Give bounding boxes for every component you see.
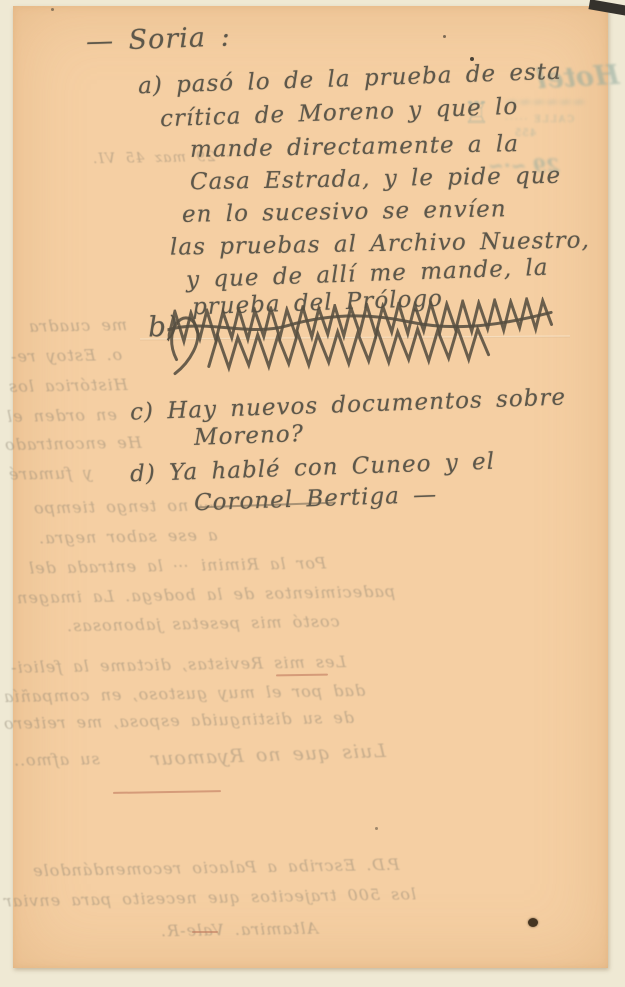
note-heading: — Soria :	[86, 21, 232, 57]
red-underline	[192, 931, 218, 933]
scribble-strikeout	[167, 296, 561, 386]
bleedthrough-line: y fumaré	[8, 463, 93, 483]
bleedthrough-line: a ese sabor negra.	[38, 525, 218, 547]
bleedthrough-line: ⋯ no tengo tiempo	[33, 495, 216, 517]
bleedthrough-line: en orden el	[6, 405, 117, 426]
ink-speck	[51, 8, 54, 11]
scanned-letter-page: { "colors": { "scan_background": "#efe9d…	[0, 0, 625, 987]
ink-speck	[470, 57, 474, 61]
scan-stage: Hotel ~~~~~~ ♖ CALLE ····· 455 29 ~·~ · …	[0, 0, 625, 987]
bleedthrough-postscript: Altamira. Vale-R.	[160, 919, 318, 941]
ink-blot	[528, 918, 538, 927]
bleedthrough-line: He encontrado	[4, 433, 142, 454]
bleedthrough-line: o. Estoy re-	[10, 345, 122, 366]
bleedthrough-line: me cuadra	[28, 315, 127, 336]
handwritten-line: Moreno?	[194, 421, 305, 451]
bleedthrough-line: su afmo..	[13, 749, 100, 770]
ink-speck	[375, 827, 378, 830]
bleedthrough-line: Histórica los	[8, 375, 128, 396]
ink-speck	[443, 35, 446, 38]
